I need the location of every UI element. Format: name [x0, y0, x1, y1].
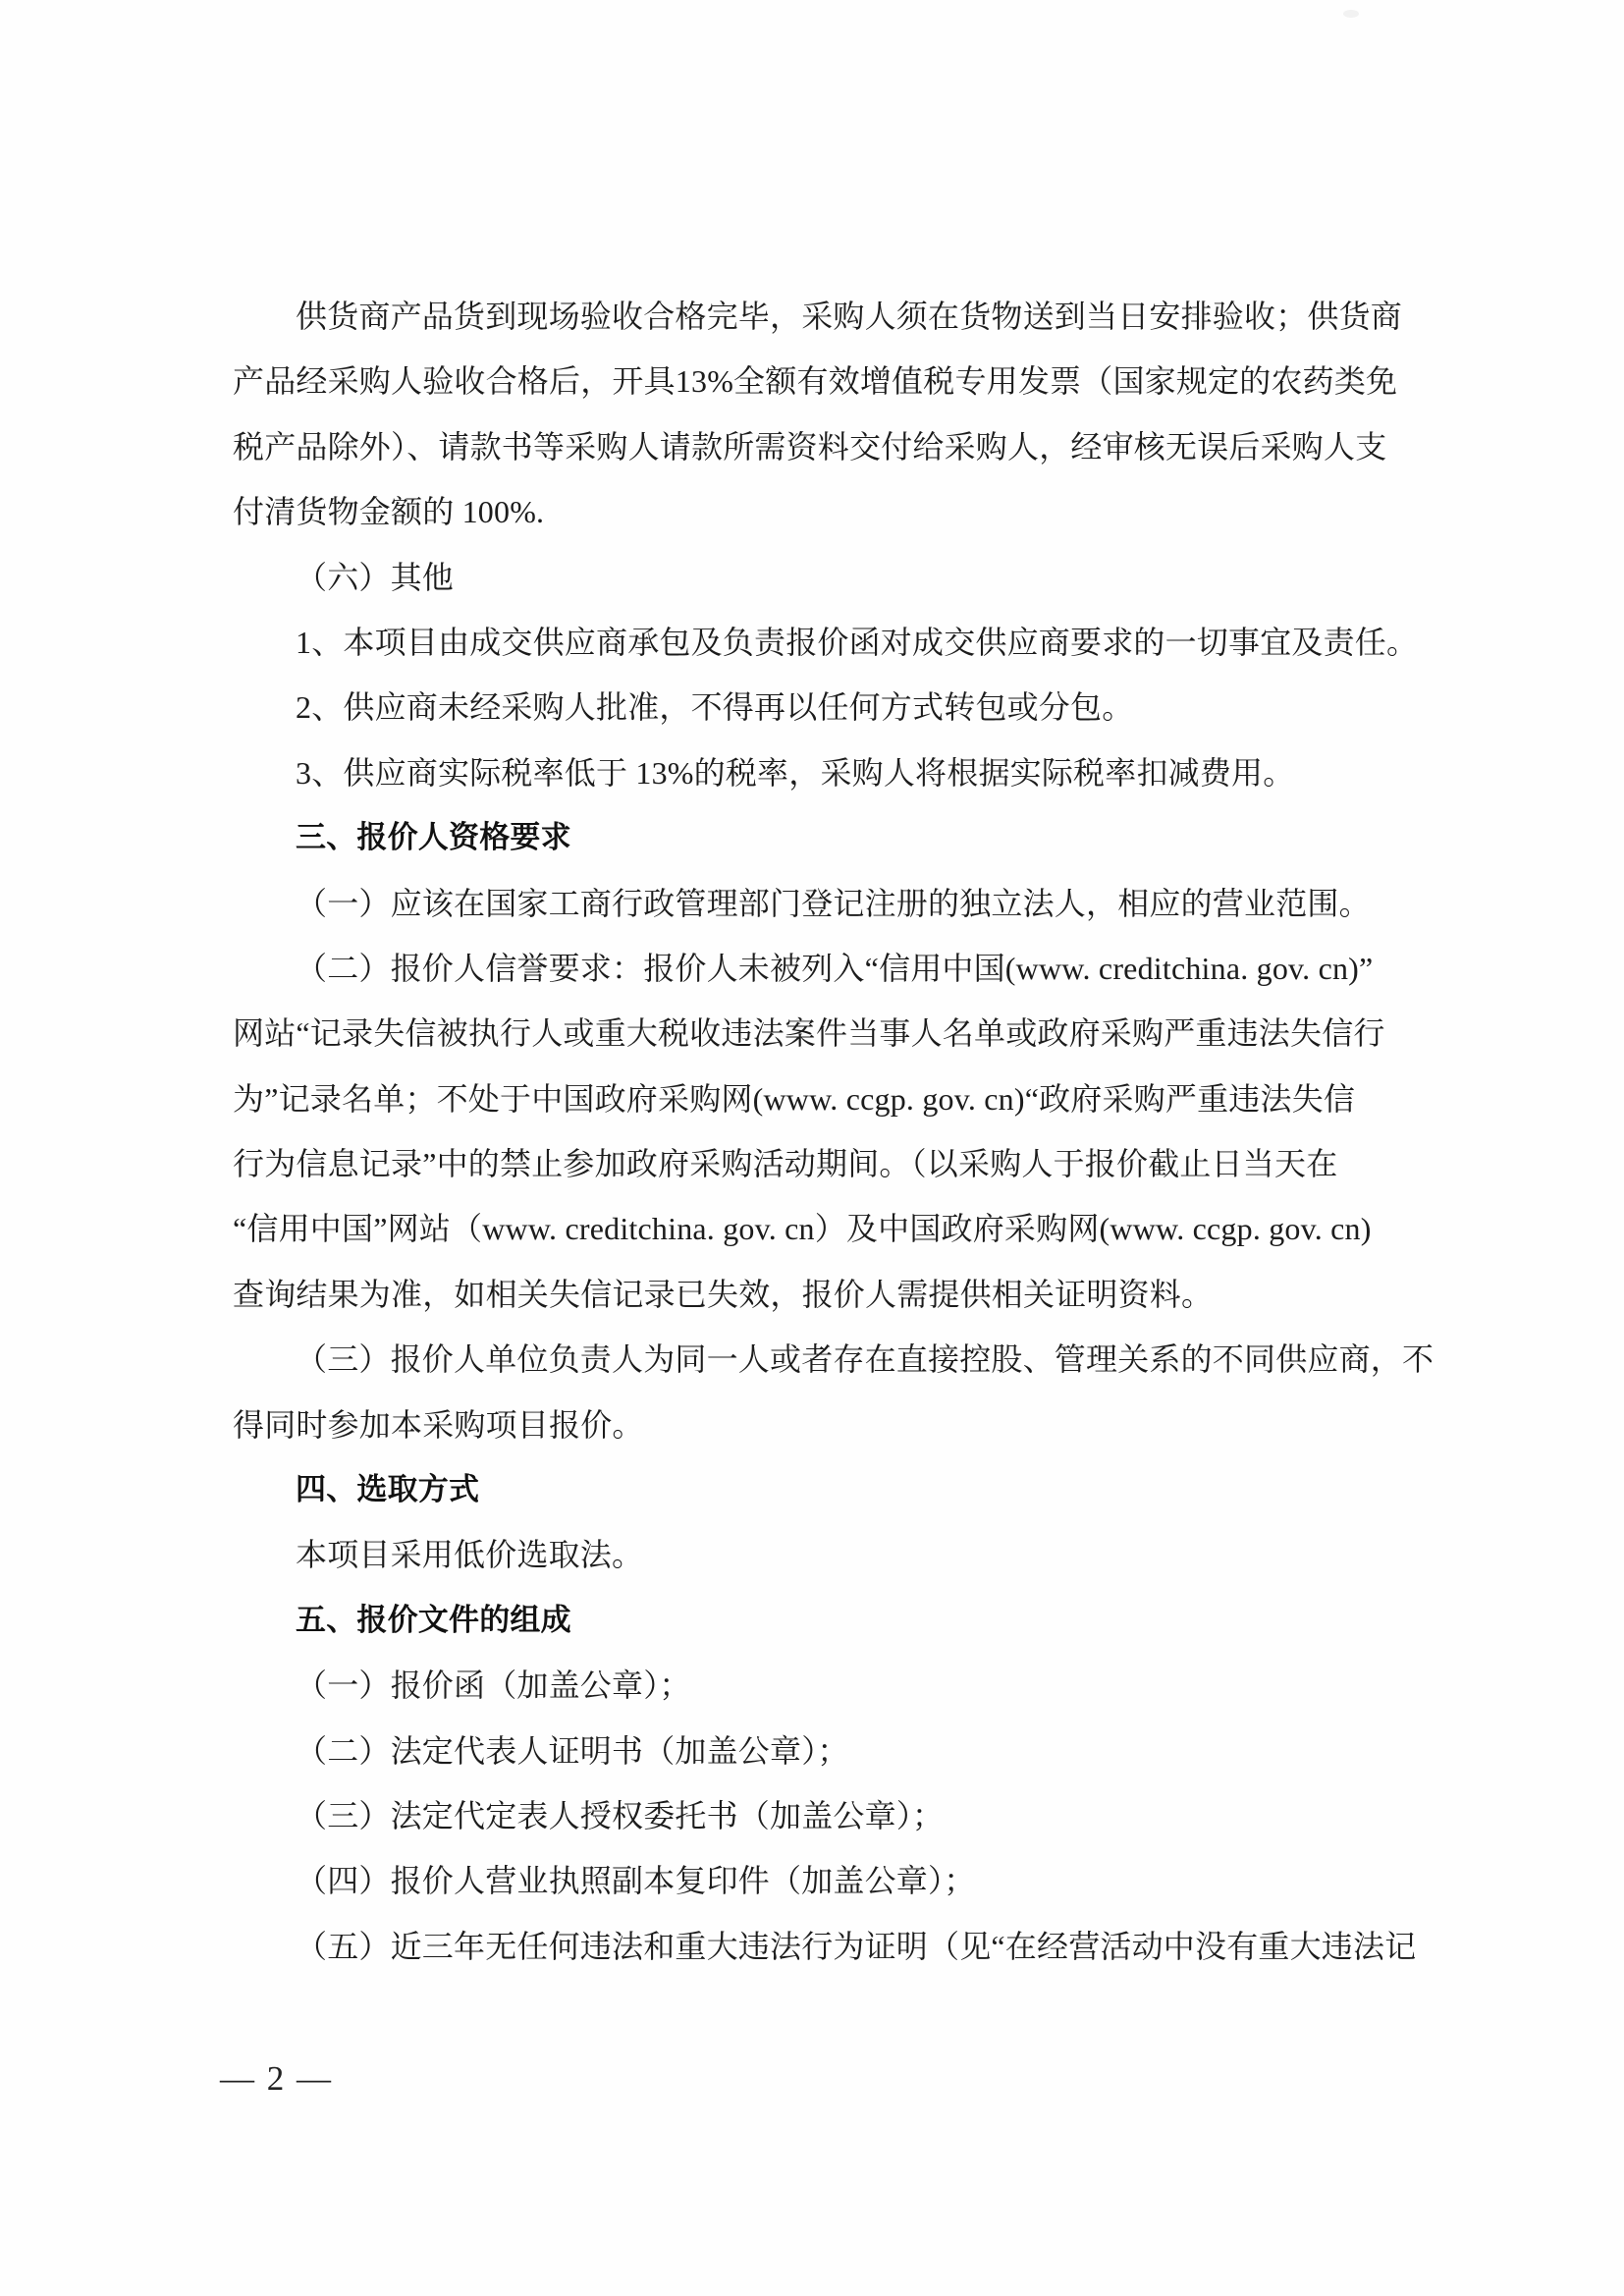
section-heading: 五、报价文件的组成 [233, 1588, 1435, 1653]
text-line: （四）报价人营业执照副本复印件（加盖公章）； [233, 1848, 1435, 1913]
text-line: 查询结果为准，如相关失信记录已失效，报价人需提供相关证明资料。 [233, 1262, 1435, 1327]
scan-smudge-artifact [1343, 10, 1359, 18]
text-line: 产品经采购人验收合格后，开具13%全额有效增值税专用发票（国家规定的农药类免 [233, 349, 1435, 413]
text-line: （六）其他 [233, 545, 1435, 610]
text-line: （五）近三年无任何违法和重大违法行为证明（见“在经营活动中没有重大违法记 [233, 1914, 1435, 1979]
text-line: 3、供应商实际税率低于 13%的税率，采购人将根据实际税率扣减费用。 [233, 740, 1435, 805]
text-line: 2、供应商未经采购人批准，不得再以任何方式转包或分包。 [233, 675, 1435, 739]
text-line: （三）报价人单位负责人为同一人或者存在直接控股、管理关系的不同供应商，不 [233, 1327, 1435, 1392]
page-number: — 2 — [220, 2054, 333, 2104]
text-line: 行为信息记录”中的禁止参加政府采购活动期间。（以采购人于报价截止日当天在 [233, 1131, 1435, 1196]
text-line: 为”记录名单；不处于中国政府采购网(www. ccgp. gov. cn)“政府… [233, 1066, 1435, 1131]
section-heading: 三、报价人资格要求 [233, 805, 1435, 870]
text-line: 1、本项目由成交供应商承包及负责报价函对成交供应商要求的一切事宜及责任。 [233, 610, 1435, 675]
text-line: （一）报价函（加盖公章）； [233, 1653, 1435, 1718]
text-line: （二）法定代表人证明书（加盖公章）； [233, 1719, 1435, 1783]
document-page: 供货商产品货到现场验收合格完毕，采购人须在货物送到当日安排验收；供货商产品经采购… [0, 0, 1624, 2296]
text-line: （三）法定代定表人授权委托书（加盖公章）； [233, 1783, 1435, 1848]
text-line: 网站“记录失信被执行人或重大税收违法案件当事人名单或政府采购严重违法失信行 [233, 1001, 1435, 1066]
text-line: 得同时参加本采购项目报价。 [233, 1393, 1435, 1457]
text-line: （二）报价人信誉要求：报价人未被列入“信用中国(www. creditchina… [233, 936, 1435, 1001]
text-line: 供货商产品货到现场验收合格完毕，采购人须在货物送到当日安排验收；供货商 [233, 284, 1435, 349]
document-body: 供货商产品货到现场验收合格完毕，采购人须在货物送到当日安排验收；供货商产品经采购… [233, 284, 1435, 1979]
text-line: （一）应该在国家工商行政管理部门登记注册的独立法人，相应的营业范围。 [233, 871, 1435, 936]
text-line: 本项目采用低价选取法。 [233, 1522, 1435, 1587]
text-line: 税产品除外）、请款书等采购人请款所需资料交付给采购人，经审核无误后采购人支 [233, 414, 1435, 479]
section-heading: 四、选取方式 [233, 1457, 1435, 1522]
text-line: 付清货物金额的 100%. [233, 479, 1435, 544]
text-line: “信用中国”网站（www. creditchina. gov. cn）及中国政府… [233, 1196, 1435, 1261]
